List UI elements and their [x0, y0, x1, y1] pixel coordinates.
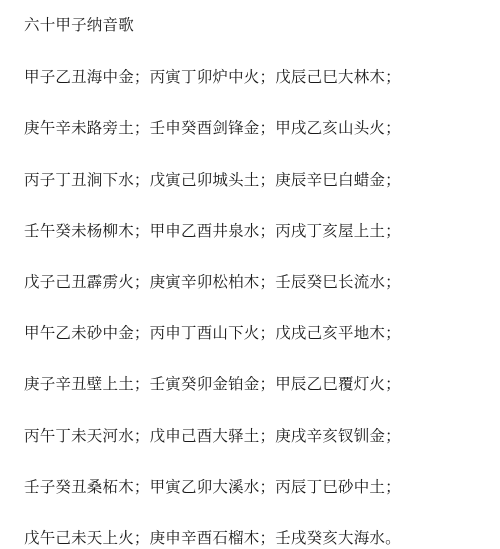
verse-line-6: 甲午乙未砂中金；丙申丁酉山下火；戊戌己亥平地木； — [24, 323, 401, 343]
verse-line-10: 戊午己未天上火；庚申辛酉石榴木；壬戌癸亥大海水。 — [24, 528, 401, 548]
verse-line-8: 丙午丁未天河水；戊申己酉大驿土；庚戌辛亥钗钏金； — [24, 426, 401, 446]
verse-line-7: 庚子辛丑壁上土；壬寅癸卯金铂金；甲辰乙巳覆灯火； — [24, 374, 401, 394]
verse-line-2: 庚午辛未路旁土；壬申癸酉剑锋金；甲戌乙亥山头火； — [24, 118, 401, 138]
verse-line-5: 戊子己丑霹雳火；庚寅辛卯松柏木；壬辰癸巳长流水； — [24, 272, 401, 292]
verse-line-3: 丙子丁丑涧下水；戊寅己卯城头土；庚辰辛巳白蜡金； — [24, 170, 401, 190]
verse-line-1: 甲子乙丑海中金；丙寅丁卯炉中火；戊辰己巳大林木； — [24, 67, 401, 87]
verse-line-4: 壬午癸未杨柳木；甲申乙酉井泉水；丙戌丁亥屋上土； — [24, 221, 401, 241]
verse-line-9: 壬子癸丑桑柘木；甲寅乙卯大溪水；丙辰丁巳砂中土； — [24, 477, 401, 497]
document-title: 六十甲子纳音歌 — [24, 15, 134, 35]
